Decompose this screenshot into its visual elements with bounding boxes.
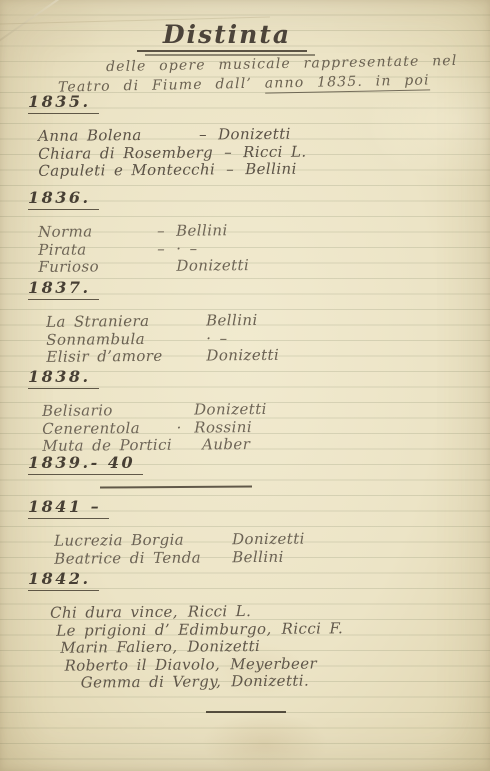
- opera-entry: Gemma di Vergy,Donizetti.: [81, 672, 344, 692]
- opera-title: Gemma di Vergy,: [81, 673, 222, 692]
- opera-list: Norma–Bellini Pirata–· – FuriosoDonizett…: [28, 222, 249, 276]
- dash-separator: ·: [172, 419, 186, 437]
- year-heading: 1839.- 40: [28, 453, 143, 475]
- dash-separator: [172, 402, 186, 420]
- opera-entry: La StranieraBellini: [46, 312, 279, 332]
- dash-separator: –: [223, 161, 237, 179]
- composer-name: Donizetti.: [231, 673, 309, 691]
- dash-separator: [184, 348, 198, 366]
- opera-entry: Norma–Bellini: [38, 222, 249, 241]
- opera-entry: FuriosoDonizetti: [38, 257, 249, 276]
- composer-name: Bellini: [206, 312, 258, 330]
- opera-title: Beatrice di Tenda: [54, 549, 202, 568]
- section-1837: 1837. La StranieraBellini Sonnambula· – …: [28, 278, 279, 367]
- opera-title: Capuleti e Montecchi: [38, 161, 215, 180]
- opera-title: Norma: [38, 223, 146, 241]
- composer-name: Donizetti: [187, 638, 260, 656]
- year-heading: 1841 –: [28, 497, 109, 519]
- dash-separator: [184, 330, 198, 348]
- opera-title: Anna Bolena: [38, 127, 188, 146]
- opera-entry: Elisir d’amoreDonizetti: [46, 347, 279, 367]
- opera-list: BelisarioDonizetti Cenerentola·Rossini M…: [28, 401, 267, 456]
- composer-name: Donizetti: [218, 126, 291, 144]
- page-title: Distinta: [0, 20, 490, 49]
- opera-list: La StranieraBellini Sonnambula· – Elisir…: [28, 312, 279, 367]
- dash-separator: [154, 258, 168, 276]
- dash-separator: [210, 549, 224, 567]
- composer-name: Donizetti: [232, 531, 305, 549]
- opera-title: Lucrezia Borgia: [54, 531, 202, 550]
- composer-name: Ricci L.: [188, 603, 252, 621]
- composer-name: Bellini: [176, 222, 228, 240]
- opera-list: Anna Bolena–Donizetti Chiara di Rosember…: [28, 126, 307, 181]
- dash-separator: [210, 531, 224, 549]
- manuscript-page: Distinta delle opere musicale rappresent…: [0, 0, 490, 771]
- composer-name: Rossini: [194, 419, 252, 437]
- year-heading: 1837.: [28, 278, 99, 300]
- separator-rule: [100, 485, 252, 488]
- section-1838: 1838. BelisarioDonizetti Cenerentola·Ros…: [28, 367, 267, 456]
- end-rule: [206, 711, 286, 713]
- composer-name: Ricci L.: [243, 143, 307, 161]
- opera-title: Furioso: [38, 258, 146, 276]
- dash-separator: –: [196, 126, 210, 144]
- composer-name: Donizetti: [194, 401, 267, 419]
- subtitle-underlined-text: anno 1835. in poi: [265, 72, 430, 93]
- composer-name: Meyerbeer: [230, 655, 317, 673]
- opera-entry: Beatrice di TendaBellini: [54, 548, 305, 568]
- ditto-mark: · –: [206, 330, 227, 348]
- opera-entry: Capuleti e Montecchi–Bellini: [38, 161, 306, 181]
- opera-title: Marin Faliero,: [60, 639, 177, 658]
- dash-separator: –: [154, 223, 168, 241]
- dash-separator: –: [154, 240, 168, 258]
- composer-name: Ricci F.: [282, 620, 344, 638]
- year-heading: 1836.: [28, 188, 99, 210]
- opera-list: Chi dura vince,Ricci L. Le prigioni d’ E…: [28, 602, 344, 692]
- year-heading: 1835.: [28, 92, 99, 114]
- opera-title: Chi dura vince,: [50, 604, 178, 623]
- section-1842: 1842. Chi dura vince,Ricci L. Le prigion…: [28, 569, 343, 693]
- dash-separator: –: [221, 144, 235, 162]
- year-heading: 1842.: [28, 569, 99, 591]
- opera-title: Belisario: [42, 402, 164, 421]
- subtitle-line-1: delle opere musicale rappresentate nel: [106, 53, 458, 75]
- document-header: Distinta delle opere musicale rappresent…: [0, 20, 490, 49]
- dash-separator: [180, 437, 194, 455]
- section-1836: 1836. Norma–Bellini Pirata–· – FuriosoDo…: [28, 188, 249, 277]
- document-title: Distinta: [153, 20, 301, 51]
- opera-title: La Straniera: [46, 313, 176, 332]
- composer-name: Bellini: [245, 161, 297, 179]
- composer-name: Auber: [202, 436, 250, 454]
- section-1841: 1841 – Lucrezia BorgiaDonizetti Beatrice…: [28, 497, 305, 568]
- opera-title: Elisir d’amore: [46, 348, 176, 367]
- composer-name: Donizetti: [206, 347, 279, 365]
- composer-name: Donizetti: [176, 257, 249, 275]
- year-heading: 1838.: [28, 367, 99, 389]
- composer-name: Bellini: [232, 548, 284, 566]
- opera-title: Pirata: [38, 240, 146, 258]
- opera-list: Lucrezia BorgiaDonizetti Beatrice di Ten…: [28, 531, 305, 568]
- section-1835: 1835. Anna Bolena–Donizetti Chiara di Ro…: [28, 92, 306, 181]
- section-1839-40: 1839.- 40: [28, 453, 143, 475]
- ditto-mark: · –: [176, 240, 197, 258]
- dash-separator: [184, 313, 198, 331]
